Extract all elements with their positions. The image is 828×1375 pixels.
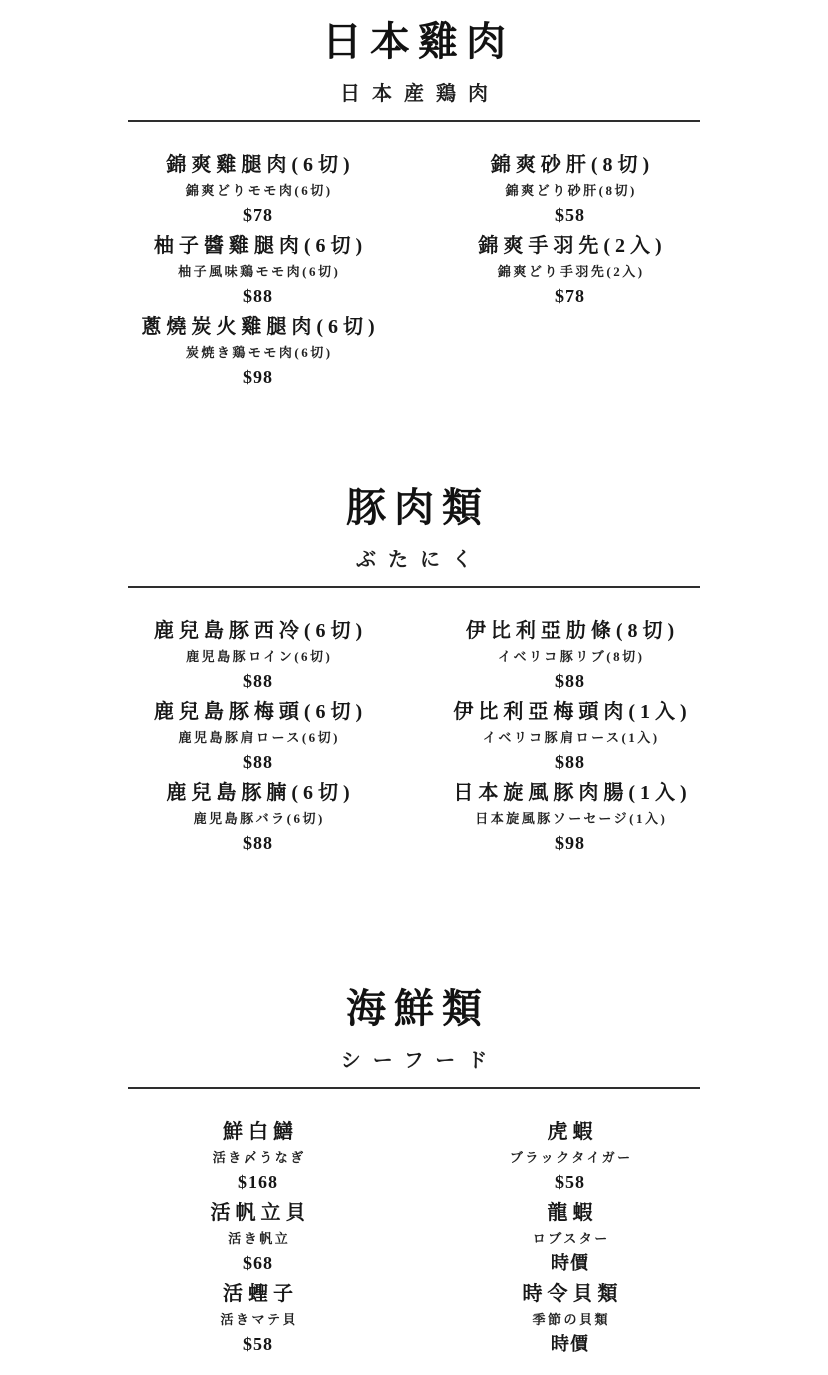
menu-column-right: 錦爽砂肝(8切) 錦爽どり砂肝(8切) $58 錦爽手羽先(2入) 錦爽どり手羽… [414,152,726,314]
menu-column-left: 鹿兒島豚西冷(6切) 鹿児島豚ロイン(6切) $88 鹿兒島豚梅頭(6切) 鹿児… [102,618,414,861]
item-name-jp: 鹿児島豚バラ(6切) [102,811,414,827]
item-name-zh: 蔥燒炭火雞腿肉(6切) [102,314,414,340]
item-name-jp: 活き帆立 [102,1231,414,1247]
section-pork: 豚肉類 ぶたにく 鹿兒島豚西冷(6切) 鹿児島豚ロイン(6切) $88 鹿兒島豚… [0,486,828,861]
item-name-zh: 鮮白鱔 [102,1119,414,1145]
item-price: $168 [102,1170,414,1194]
menu-item: 鹿兒島豚梅頭(6切) 鹿児島豚肩ロース(6切) $88 [102,699,414,774]
item-price: $98 [102,365,414,389]
item-price: $88 [414,669,726,693]
item-price: $58 [414,1170,726,1194]
item-price: 時價 [414,1251,726,1275]
menu-item: 虎蝦 ブラックタイガー $58 [414,1119,726,1194]
item-name-zh: 鹿兒島豚西冷(6切) [102,618,414,644]
menu-columns: 錦爽雞腿肉(6切) 錦爽どりモモ肉(6切) $78 柚子醬雞腿肉(6切) 柚子風… [102,152,726,395]
section-japanese-chicken: 日本雞肉 日本産鶏肉 錦爽雞腿肉(6切) 錦爽どりモモ肉(6切) $78 柚子醬… [0,20,828,395]
menu-item: 錦爽雞腿肉(6切) 錦爽どりモモ肉(6切) $78 [102,152,414,227]
item-name-jp: イベリコ豚肩ロース(1入) [414,730,726,746]
item-price: $88 [102,831,414,855]
section-subtitle: 日本産鶏肉 [0,83,828,105]
item-price: $78 [414,284,726,308]
menu-columns: 鮮白鱔 活き〆うなぎ $168 活帆立貝 活き帆立 $68 活蟶子 活きマテ貝 … [102,1119,726,1362]
item-name-zh: 活蟶子 [102,1281,414,1307]
menu-item: 日本旋風豚肉腸(1入) 日本旋風豚ソーセージ(1入) $98 [414,780,726,855]
item-name-zh: 虎蝦 [414,1119,726,1145]
item-name-jp: 鹿児島豚肩ロース(6切) [102,730,414,746]
section-title: 豚肉類 [0,486,828,530]
item-price: $88 [102,750,414,774]
item-price: 時價 [414,1332,726,1356]
section-title: 海鮮類 [0,987,828,1031]
menu-item: 伊比利亞肋條(8切) イベリコ豚リブ(8切) $88 [414,618,726,693]
menu-page: 日本雞肉 日本産鶏肉 錦爽雞腿肉(6切) 錦爽どりモモ肉(6切) $78 柚子醬… [0,0,828,1375]
item-price: $88 [102,284,414,308]
item-name-zh: 活帆立貝 [102,1200,414,1226]
item-name-jp: イベリコ豚リブ(8切) [414,649,726,665]
menu-column-right: 虎蝦 ブラックタイガー $58 龍蝦 ロブスター 時價 時令貝類 季節の貝類 時… [414,1119,726,1362]
section-divider [128,120,700,122]
item-name-jp: ロブスター [414,1231,726,1247]
menu-column-left: 錦爽雞腿肉(6切) 錦爽どりモモ肉(6切) $78 柚子醬雞腿肉(6切) 柚子風… [102,152,414,395]
menu-item: 活蟶子 活きマテ貝 $58 [102,1281,414,1356]
section-subtitle: シーフード [0,1050,828,1072]
menu-item: 柚子醬雞腿肉(6切) 柚子風味鶏モモ肉(6切) $88 [102,233,414,308]
item-price: $68 [102,1251,414,1275]
menu-item: 活帆立貝 活き帆立 $68 [102,1200,414,1275]
item-price: $88 [414,750,726,774]
item-name-zh: 伊比利亞肋條(8切) [414,618,726,644]
menu-item: 伊比利亞梅頭肉(1入) イベリコ豚肩ロース(1入) $88 [414,699,726,774]
item-name-zh: 時令貝類 [414,1281,726,1307]
item-name-zh: 錦爽砂肝(8切) [414,152,726,178]
menu-item: 鮮白鱔 活き〆うなぎ $168 [102,1119,414,1194]
item-name-zh: 錦爽雞腿肉(6切) [102,152,414,178]
item-name-zh: 日本旋風豚肉腸(1入) [414,780,726,806]
menu-item: 蔥燒炭火雞腿肉(6切) 炭焼き鶏モモ肉(6切) $98 [102,314,414,389]
section-seafood: 海鮮類 シーフード 鮮白鱔 活き〆うなぎ $168 活帆立貝 活き帆立 $68 … [0,987,828,1362]
item-name-zh: 伊比利亞梅頭肉(1入) [414,699,726,725]
item-name-zh: 鹿兒島豚梅頭(6切) [102,699,414,725]
item-name-jp: 炭焼き鶏モモ肉(6切) [102,345,414,361]
menu-item: 鹿兒島豚西冷(6切) 鹿児島豚ロイン(6切) $88 [102,618,414,693]
menu-item: 龍蝦 ロブスター 時價 [414,1200,726,1275]
section-divider [128,586,700,588]
item-name-jp: 日本旋風豚ソーセージ(1入) [414,811,726,827]
item-name-jp: ブラックタイガー [414,1150,726,1166]
item-price: $98 [414,831,726,855]
item-price: $88 [102,669,414,693]
item-price: $58 [102,1332,414,1356]
item-name-jp: 柚子風味鶏モモ肉(6切) [102,264,414,280]
section-title: 日本雞肉 [0,20,828,64]
menu-item: 時令貝類 季節の貝類 時價 [414,1281,726,1356]
item-name-jp: 活き〆うなぎ [102,1150,414,1166]
item-name-jp: 錦爽どり砂肝(8切) [414,183,726,199]
item-name-zh: 鹿兒島豚腩(6切) [102,780,414,806]
menu-item: 錦爽手羽先(2入) 錦爽どり手羽先(2入) $78 [414,233,726,308]
menu-column-left: 鮮白鱔 活き〆うなぎ $168 活帆立貝 活き帆立 $68 活蟶子 活きマテ貝 … [102,1119,414,1362]
item-name-zh: 龍蝦 [414,1200,726,1226]
item-price: $78 [102,203,414,227]
item-name-zh: 錦爽手羽先(2入) [414,233,726,259]
menu-item: 錦爽砂肝(8切) 錦爽どり砂肝(8切) $58 [414,152,726,227]
menu-item: 鹿兒島豚腩(6切) 鹿児島豚バラ(6切) $88 [102,780,414,855]
item-name-jp: 錦爽どり手羽先(2入) [414,264,726,280]
section-subtitle: ぶたにく [0,549,828,571]
item-name-zh: 柚子醬雞腿肉(6切) [102,233,414,259]
item-name-jp: 季節の貝類 [414,1312,726,1328]
item-price: $58 [414,203,726,227]
menu-columns: 鹿兒島豚西冷(6切) 鹿児島豚ロイン(6切) $88 鹿兒島豚梅頭(6切) 鹿児… [102,618,726,861]
item-name-jp: 錦爽どりモモ肉(6切) [102,183,414,199]
menu-column-right: 伊比利亞肋條(8切) イベリコ豚リブ(8切) $88 伊比利亞梅頭肉(1入) イ… [414,618,726,861]
item-name-jp: 鹿児島豚ロイン(6切) [102,649,414,665]
section-divider [128,1087,700,1089]
item-name-jp: 活きマテ貝 [102,1312,414,1328]
